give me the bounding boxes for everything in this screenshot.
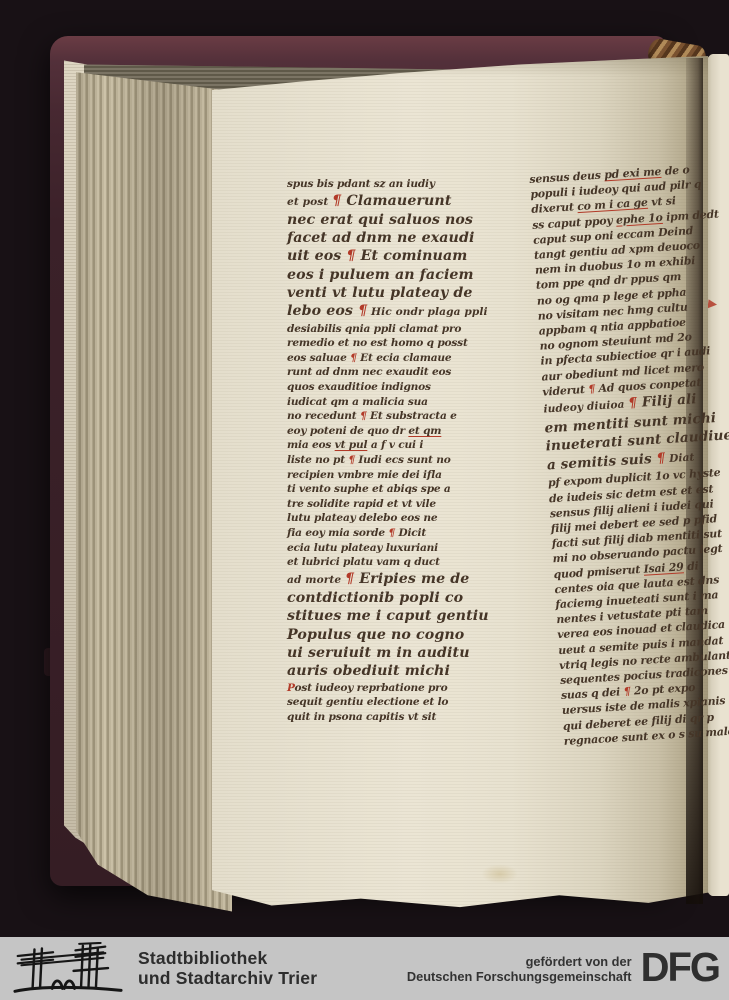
manuscript-line: stitues me i caput gentiu (287, 607, 487, 625)
funding-line2: Deutschen Forschungsgemeinschaft (407, 969, 632, 984)
porta-nigra-icon (12, 942, 124, 996)
manuscript-line: uit eos ¶ Et cominuam (287, 247, 487, 265)
manuscript-line: fia eoy mia sorde ¶ Dicit (287, 526, 487, 541)
manuscript-line: sequit gentiu electione et lo (287, 695, 487, 710)
footer-banner: Stadtbibliothek und Stadtarchiv Trier ge… (0, 937, 729, 1000)
library-name-line1: Stadtbibliothek (138, 949, 317, 969)
manuscript-line: remedio et no est homo q posst (287, 336, 487, 351)
manuscript-line: eos i puluem an faciem (287, 266, 487, 284)
manuscript-line: no recedunt ¶ Et substracta e (287, 409, 487, 424)
manuscript-line: et lubrici platu vam q duct (287, 555, 487, 570)
manuscript-line: contdictionib popli co (287, 589, 487, 607)
text-column-right: sensus deus pd exi me de opopuli i iudeo… (529, 160, 729, 749)
manuscript-line: ti vento suphe et abiqs spe a (287, 482, 487, 497)
manuscript-line: auris obediuit michi (287, 662, 487, 680)
manuscript-line: venti vt lutu plateay de (287, 284, 487, 302)
dfg-logo: DFG (641, 946, 719, 992)
manuscript-line: lutu plateay delebo eos ne (287, 511, 487, 526)
manuscript-line: recipien vmbre mie dei ifla (287, 468, 487, 483)
funding-credit: gefördert von der Deutschen Forschungsge… (407, 954, 632, 984)
manuscript-line: et post ¶ Clamauerunt (287, 192, 487, 211)
manuscript-line: mia eos vt pul a f v cui i (287, 438, 487, 453)
manuscript-line: eos saluae ¶ Et ecia clamaue (287, 351, 487, 366)
manuscript-line: desiabilis qnia ppli clamat pro (287, 322, 487, 337)
manuscript-line: lebo eos ¶ Hic ondr plaga ppli (287, 302, 487, 321)
manuscript-line: spus bis pdant sz an iudiy (287, 177, 487, 192)
manuscript-line: ad morte ¶ Eripies me de (287, 570, 487, 589)
manuscript-line: ui seruiuit m in auditu (287, 644, 487, 662)
manuscript-line: iudicat qm a malicia sua (287, 395, 487, 410)
manuscript-line: eoy poteni de quo dr et qm (287, 424, 487, 439)
manuscript-line: tre solidite rapid et vt vile (287, 497, 487, 512)
digitized-manuscript-photo: spus bis pdant sz an iudiyet post ¶ Clam… (0, 0, 729, 1000)
text-column-left: spus bis pdant sz an iudiyet post ¶ Clam… (287, 177, 487, 724)
manuscript-line: nec erat qui saluos nos (287, 211, 487, 229)
funding-line1: gefördert von der (407, 954, 632, 969)
library-name: Stadtbibliothek und Stadtarchiv Trier (138, 949, 317, 988)
manuscript-line: Populus que no cogno (287, 626, 487, 644)
manuscript-line: facet ad dnm ne exaudi (287, 229, 487, 247)
manuscript-line: quos exauditioe indignos (287, 380, 487, 395)
manuscript-line: Post iudeoy reprbatione pro (287, 681, 487, 696)
manuscript-line: runt ad dnm nec exaudit eos (287, 365, 487, 380)
manuscript-line: ecia lutu plateay luxuriani (287, 541, 487, 556)
open-book: spus bis pdant sz an iudiyet post ¶ Clam… (0, 0, 729, 1000)
manuscript-line: quit in psona capitis vt sit (287, 710, 487, 725)
library-name-line2: und Stadtarchiv Trier (138, 969, 317, 989)
manuscript-line: liste no pt ¶ Iudi ecs sunt no (287, 453, 487, 468)
page-stack-fore-edge (76, 62, 232, 914)
